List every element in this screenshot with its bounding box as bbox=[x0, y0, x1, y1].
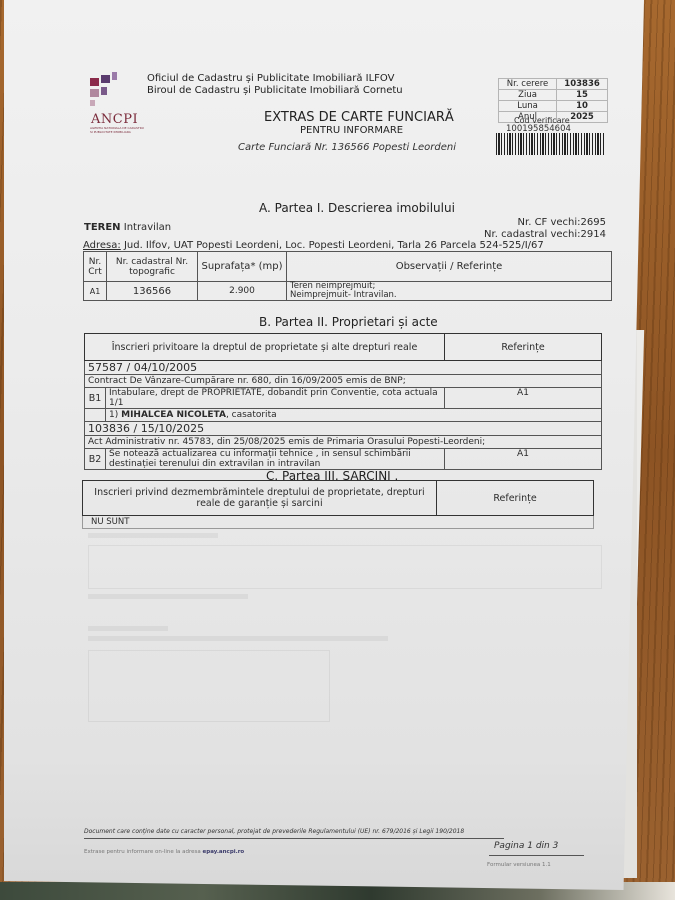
show-through-table bbox=[88, 650, 330, 722]
table-row: 103836 / 15/10/2025 bbox=[85, 422, 602, 436]
footer-divider bbox=[84, 838, 504, 839]
request-row: Ziua15 bbox=[499, 90, 608, 101]
table-row: 1) MIHALCEA NICOLETA, casatorita bbox=[85, 409, 602, 422]
form-version: Formular versiunea 1.1 bbox=[487, 862, 551, 868]
privacy-disclaimer: Document care conține date cu caracter p… bbox=[84, 828, 464, 835]
footer-divider bbox=[489, 855, 584, 856]
encumbrances-table: Inscrieri privind dezmembrămintele drept… bbox=[82, 480, 594, 529]
office-name: Oficiul de Cadastru și Publicitate Imobi… bbox=[147, 73, 403, 97]
show-through-text bbox=[88, 636, 388, 641]
document-title: EXTRAS DE CARTE FUNCIARĂ bbox=[264, 110, 454, 125]
online-extract-note: Extrase pentru informare on-line la adre… bbox=[84, 849, 244, 855]
table-row: B1 Intabulare, drept de PROPRIETATE, dob… bbox=[85, 388, 602, 409]
owner-name: MIHALCEA NICOLETA bbox=[121, 410, 226, 420]
table-row: Act Administrativ nr. 45783, din 25/08/2… bbox=[85, 436, 602, 449]
property-type: TEREN Intravilan bbox=[84, 222, 171, 233]
old-cf-number: Nr. CF vechi:2695 bbox=[484, 217, 606, 229]
carte-funciara-number: Carte Funciară Nr. 136566 Popesti Leorde… bbox=[238, 142, 456, 153]
section-a-heading: A. Partea I. Descrierea imobilului bbox=[259, 201, 455, 215]
office-line-2: Biroul de Cadastru și Publicitate Imobil… bbox=[147, 85, 403, 97]
table-row: B2 Se notează actualizarea cu informații… bbox=[85, 449, 602, 470]
table-row: A1 136566 2.900 Teren neimprejmuit;Neimp… bbox=[84, 282, 612, 301]
request-row: Nr. cerere103836 bbox=[499, 79, 608, 90]
document-subtitle: PENTRU INFORMARE bbox=[300, 125, 403, 136]
old-identifiers: Nr. CF vechi:2695 Nr. cadastral vechi:29… bbox=[484, 217, 606, 241]
property-table: Nr. Crt Nr. cadastral Nr. topografic Sup… bbox=[83, 251, 612, 301]
office-line-1: Oficiul de Cadastru și Publicitate Imobi… bbox=[147, 73, 403, 85]
table-row: 57587 / 04/10/2005 bbox=[85, 361, 602, 375]
page-number: Pagina 1 din 3 bbox=[494, 841, 558, 851]
show-through-text bbox=[88, 626, 168, 631]
show-through-text bbox=[88, 594, 248, 599]
ancpi-logo: ANCPI AGENTIA NATIONALA DE CADASTRU SI P… bbox=[86, 72, 146, 142]
logo-text: ANCPI bbox=[91, 112, 138, 127]
property-address: Adresa: Jud. Ilfov, UAT Popesti Leordeni… bbox=[83, 240, 544, 251]
section-b-heading: B. Partea II. Proprietari și acte bbox=[259, 315, 438, 329]
request-row: Luna10 bbox=[499, 101, 608, 112]
table-row: NU SUNT bbox=[83, 516, 594, 529]
document-page: ANCPI AGENTIA NATIONALA DE CADASTRU SI P… bbox=[4, 0, 644, 890]
website-link[interactable]: epay.ancpi.ro bbox=[203, 849, 245, 855]
table-header-row: Inscrieri privind dezmembrămintele drept… bbox=[83, 481, 594, 516]
barcode-icon bbox=[496, 133, 606, 155]
table-row: Contract De Vânzare-Cumpărare nr. 680, d… bbox=[85, 375, 602, 388]
table-header-row: Înscrieri privitoare la dreptul de propr… bbox=[85, 334, 602, 361]
table-header-row: Nr. Crt Nr. cadastral Nr. topografic Sup… bbox=[84, 252, 612, 282]
show-through-text bbox=[88, 533, 218, 538]
owners-table: Înscrieri privitoare la dreptul de propr… bbox=[84, 333, 602, 470]
logo-subtitle: AGENTIA NATIONALA DE CADASTRU SI PUBLICI… bbox=[90, 127, 146, 134]
show-through-table bbox=[88, 545, 602, 589]
